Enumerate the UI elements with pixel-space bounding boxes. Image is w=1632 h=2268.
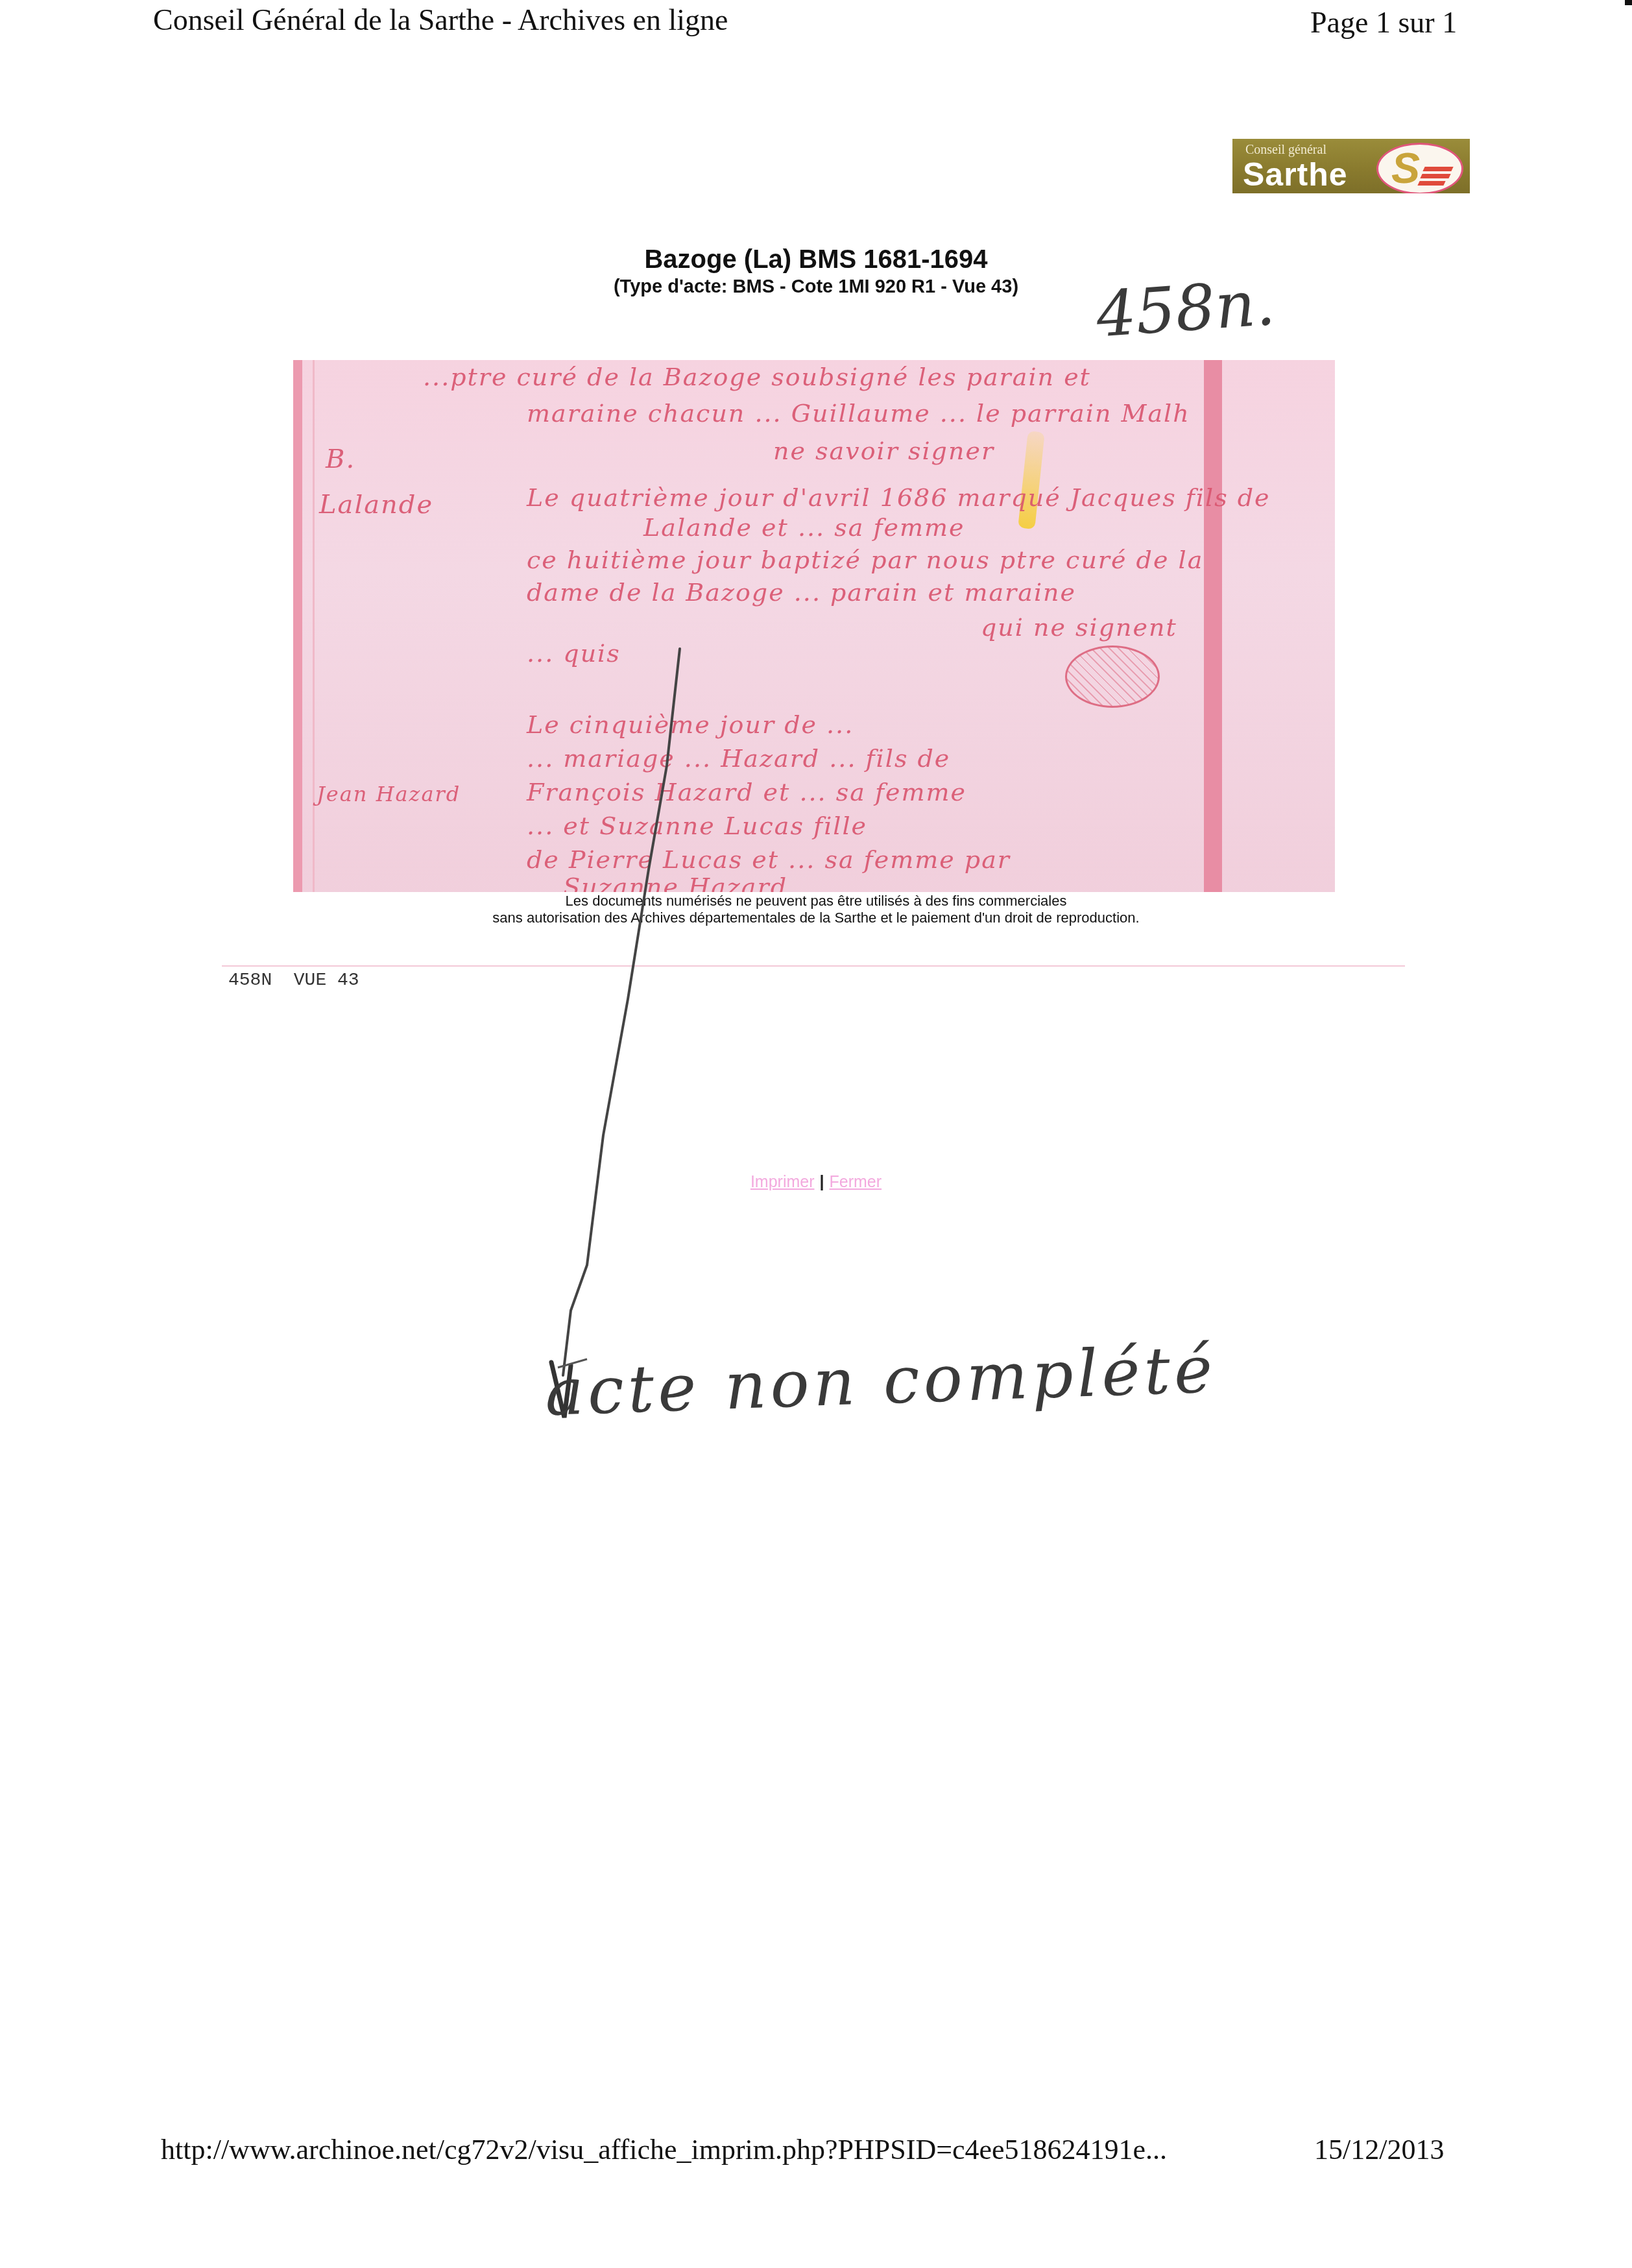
signature-flourish — [1065, 645, 1160, 708]
logo-stripe — [1422, 167, 1453, 171]
margin-note: Jean Hazard — [317, 782, 461, 806]
manuscript-line: ... Suzanne Hazard ... — [527, 873, 824, 892]
manuscript-line: François Hazard et ... sa femme — [527, 778, 966, 806]
print-footer-date: 15/12/2013 — [1314, 2133, 1444, 2166]
manuscript-line: Le cinquième jour de ... — [527, 710, 854, 739]
logo-stripe — [1417, 181, 1445, 186]
document-subtitle: (Type d'acte: BMS - Cote 1MI 920 R1 - Vu… — [0, 276, 1632, 298]
margin-note: B. — [326, 444, 355, 474]
manuscript-line: de Pierre Lucas et ... sa femme par — [527, 845, 1011, 874]
document-title: Bazoge (La) BMS 1681-1694 — [0, 245, 1632, 274]
pencil-arrow-icon — [0, 0, 1632, 2268]
manuscript-line: ne savoir signer — [773, 437, 994, 465]
divider — [222, 965, 1405, 967]
margin-rule-left-inner — [313, 360, 315, 892]
manuscript-line: Lalande et ... sa femme — [643, 513, 965, 542]
action-links: Imprimer|Fermer — [0, 1173, 1632, 1192]
logo-emblem-letter: S — [1391, 143, 1420, 193]
logo-stripe — [1420, 174, 1450, 178]
print-footer-url: http://www.archinoe.net/cg72v2/visu_affi… — [161, 2133, 1167, 2166]
scan-corner-mark — [1625, 0, 1632, 5]
margin-note: Lalande — [319, 490, 433, 520]
manuscript-line: ... mariage ... Hazard ... fils de — [527, 744, 950, 773]
manuscript-line: maraine chacun ... Guillaume ... le parr… — [527, 399, 1190, 428]
yellow-highlight-mark — [1018, 431, 1045, 529]
manuscript-line: dame de la Bazoge ... parain et maraine — [527, 578, 1076, 607]
margin-rule-left — [293, 360, 302, 892]
manuscript-line: ... et Suzanne Lucas fille — [527, 812, 867, 840]
handwritten-reference: 458n. — [1094, 267, 1277, 352]
manuscript-line: Le quatrième jour d'avril 1686 marqué Ja… — [527, 483, 1271, 512]
page-indicator: Page 1 sur 1 — [1310, 5, 1457, 40]
print-header-title: Conseil Général de la Sarthe - Archives … — [153, 3, 728, 37]
manuscript-line: ...ptre curé de la Bazoge soubsigné les … — [423, 363, 1091, 391]
handwritten-note: acte non complété — [544, 1331, 1218, 1430]
logo-emblem-icon: S — [1376, 143, 1463, 193]
manuscript-image: B. Lalande Jean Hazard ...ptre curé de l… — [293, 360, 1335, 892]
logo-big-text: Sarthe — [1243, 156, 1348, 193]
copyright-notice-line-2: sans autorisation des Archives départeme… — [0, 910, 1632, 926]
copyright-notice-line-1: Les documents numérisés ne peuvent pas ê… — [0, 893, 1632, 910]
manuscript-line: qui ne signent — [981, 613, 1177, 642]
link-separator: | — [820, 1173, 824, 1191]
sarthe-logo: Conseil général Sarthe S — [1232, 139, 1470, 193]
manuscript-line: ce huitième jour baptizé par nous ptre c… — [527, 546, 1203, 574]
reference-code: 458N VUE 43 — [228, 971, 359, 991]
manuscript-line: ... quis — [527, 639, 621, 668]
margin-rule-right — [1204, 360, 1222, 892]
print-link[interactable]: Imprimer — [750, 1173, 815, 1191]
close-link[interactable]: Fermer — [830, 1173, 882, 1191]
